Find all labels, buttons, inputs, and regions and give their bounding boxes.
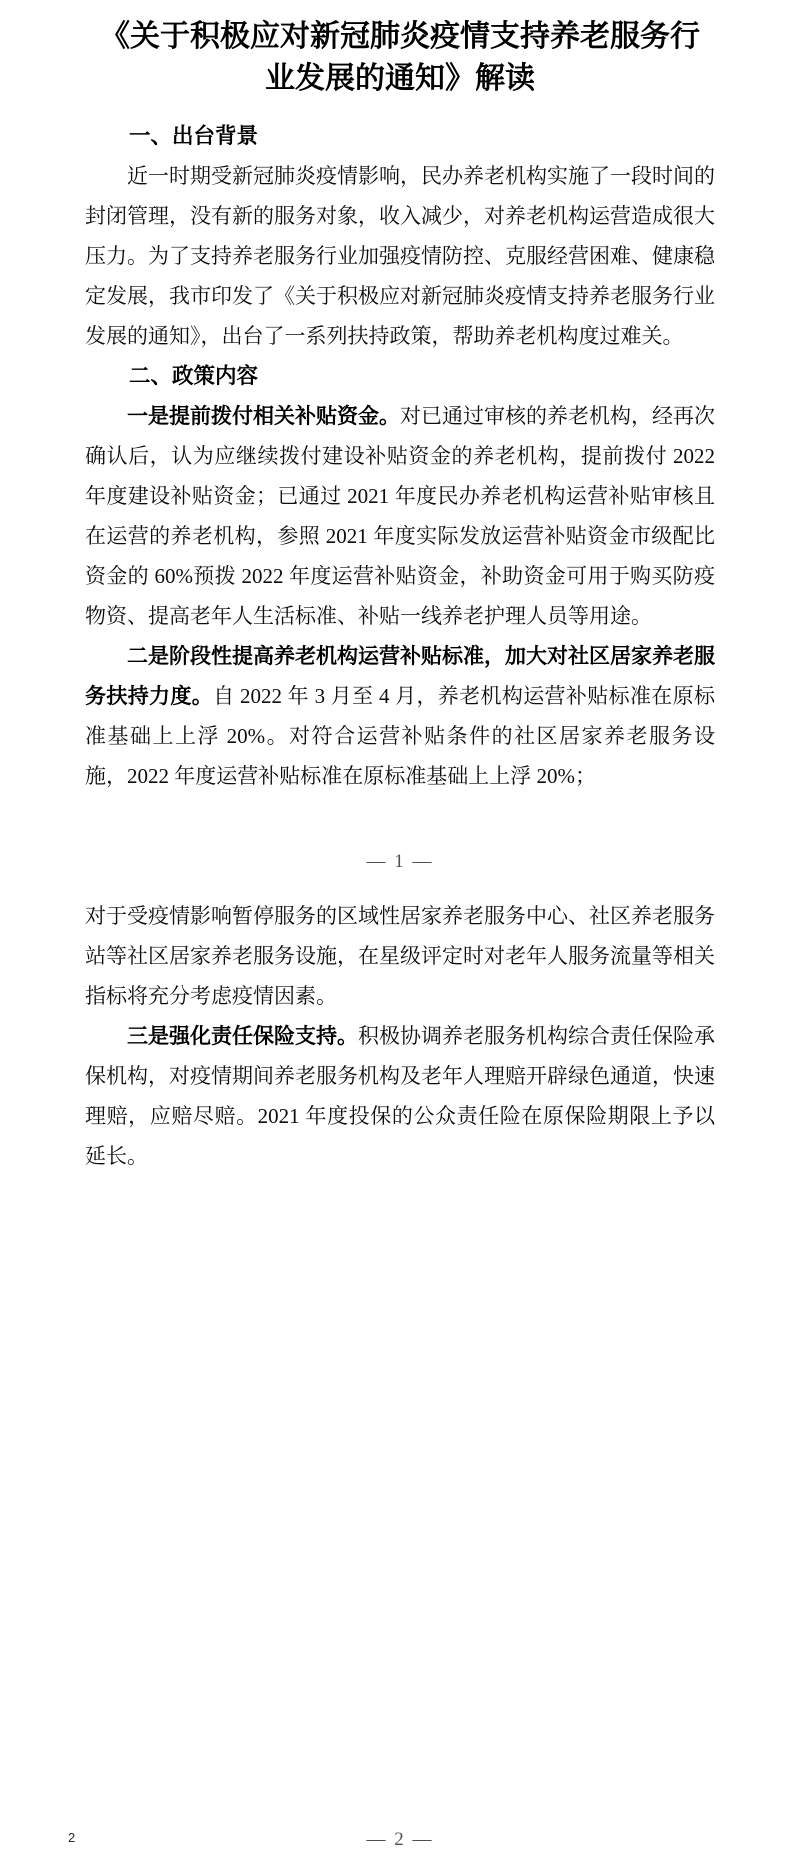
page1-number: — 1 — — [85, 848, 715, 876]
paragraph-policy-item2-page1: 二是阶段性提高养老机构运营补贴标准，加大对社区居家养老服务扶持力度。自 2022… — [85, 636, 715, 796]
policy-item2-text-page2: 对于受疫情影响暂停服务的区域性居家养老服务中心、社区养老服务站等社区居家养老服务… — [85, 904, 715, 1008]
policy-item1-lead: 一是提前拨付相关补贴资金。 — [127, 404, 400, 428]
page2-number: — 2 — — [85, 1826, 715, 1854]
page1-footer: — 1 — 1 — [85, 848, 715, 876]
paragraph-policy-item3: 三是强化责任保险支持。积极协调养老服务机构综合责任保险承保机构，对疫情期间养老服… — [85, 1016, 715, 1176]
policy-item3-lead: 三是强化责任保险支持。 — [127, 1024, 358, 1048]
paragraph-background: 近一时期受新冠肺炎疫情影响，民办养老机构实施了一段时间的封闭管理，没有新的服务对… — [85, 156, 715, 356]
paragraph-background-text: 近一时期受新冠肺炎疫情影响，民办养老机构实施了一段时间的封闭管理，没有新的服务对… — [85, 164, 715, 348]
page2-footer: 2 — 2 — — [0, 1826, 793, 1854]
document-page: 《关于积极应对新冠肺炎疫情支持养老服务行业发展的通知》解读 一、出台背景 近一时… — [0, 0, 793, 1866]
policy-item1-text: 对已通过审核的养老机构，经再次确认后，认为应继续拨付建设补贴资金的养老机构，提前… — [85, 404, 715, 628]
document-content: 《关于积极应对新冠肺炎疫情支持养老服务行业发展的通知》解读 一、出台背景 近一时… — [85, 0, 715, 1176]
paragraph-policy-item1: 一是提前拨付相关补贴资金。对已通过审核的养老机构，经再次确认后，认为应继续拨付建… — [85, 396, 715, 636]
section-heading-policy: 二、政策内容 — [85, 356, 715, 396]
page2-margin-note: 2 — [68, 1830, 75, 1846]
paragraph-policy-item2-page2: 对于受疫情影响暂停服务的区域性居家养老服务中心、社区养老服务站等社区居家养老服务… — [85, 896, 715, 1016]
section-heading-background: 一、出台背景 — [85, 116, 715, 156]
page-title: 《关于积极应对新冠肺炎疫情支持养老服务行业发展的通知》解读 — [91, 16, 709, 100]
